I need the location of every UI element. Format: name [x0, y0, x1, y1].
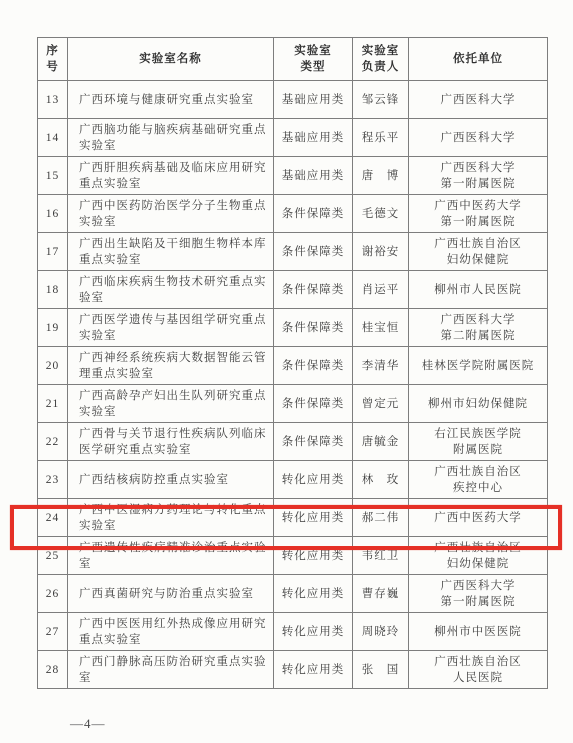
cell-unit: 广西中医药大学 第一附属医院 — [409, 195, 548, 233]
header-type: 实验室 类型 — [274, 38, 353, 81]
cell-no: 26 — [38, 575, 68, 613]
cell-type: 条件保障类 — [274, 309, 353, 347]
cell-head: 郝二伟 — [353, 499, 409, 537]
cell-name: 广西遗传性疾病精准诊治重点实验室 — [68, 537, 274, 575]
cell-head: 曾定元 — [353, 385, 409, 423]
cell-unit: 广西壮族自治区 妇幼保健院 — [409, 233, 548, 271]
table-row: 17广西出生缺陷及干细胞生物样本库重点实验室条件保障类谢裕安广西壮族自治区 妇幼… — [38, 233, 548, 271]
cell-head: 谢裕安 — [353, 233, 409, 271]
cell-unit: 广西壮族自治区 妇幼保健院 — [409, 537, 548, 575]
cell-unit: 广西医科大学 — [409, 119, 548, 157]
cell-name: 广西骨与关节退行性疾病队列临床医学研究重点实验室 — [68, 423, 274, 461]
cell-head: 毛德文 — [353, 195, 409, 233]
table-row: 25广西遗传性疾病精准诊治重点实验室转化应用类韦红卫广西壮族自治区 妇幼保健院 — [38, 537, 548, 575]
table-header-row: 序号 实验室名称 实验室 类型 实验室 负责人 依托单位 — [38, 38, 548, 81]
cell-unit: 广西壮族自治区 人民医院 — [409, 651, 548, 689]
table-row: 27广西中医医用红外热成像应用研究重点实验室转化应用类周晓玲柳州市中医医院 — [38, 613, 548, 651]
page-number: —4— — [70, 716, 106, 732]
document-page: 序号 实验室名称 实验室 类型 实验室 负责人 依托单位 13广西环境与健康研究… — [0, 0, 573, 743]
cell-name: 广西真菌研究与防治重点实验室 — [68, 575, 274, 613]
cell-type: 条件保障类 — [274, 271, 353, 309]
cell-unit: 柳州市人民医院 — [409, 271, 548, 309]
cell-unit: 广西壮族自治区 疾控中心 — [409, 461, 548, 499]
cell-no: 21 — [38, 385, 68, 423]
cell-head: 林 玫 — [353, 461, 409, 499]
table-row: 21广西高龄孕产妇出生队列研究重点实验室条件保障类曾定元柳州市妇幼保健院 — [38, 385, 548, 423]
cell-head: 邹云锋 — [353, 81, 409, 119]
cell-head: 韦红卫 — [353, 537, 409, 575]
cell-type: 条件保障类 — [274, 195, 353, 233]
cell-no: 14 — [38, 119, 68, 157]
cell-no: 17 — [38, 233, 68, 271]
cell-unit: 柳州市妇幼保健院 — [409, 385, 548, 423]
cell-head: 唐毓金 — [353, 423, 409, 461]
header-name: 实验室名称 — [68, 38, 274, 81]
table-row: 18广西临床疾病生物技术研究重点实验室条件保障类肖运平柳州市人民医院 — [38, 271, 548, 309]
cell-name: 广西出生缺陷及干细胞生物样本库重点实验室 — [68, 233, 274, 271]
table-row: 20广西神经系统疾病大数据智能云管理重点实验室条件保障类李清华桂林医学院附属医院 — [38, 347, 548, 385]
cell-name: 广西高龄孕产妇出生队列研究重点实验室 — [68, 385, 274, 423]
cell-no: 25 — [38, 537, 68, 575]
table-row: 14广西脑功能与脑疾病基础研究重点实验室基础应用类程乐平广西医科大学 — [38, 119, 548, 157]
cell-name: 广西中医湿病方药理论与转化重点实验室 — [68, 499, 274, 537]
cell-unit: 广西医科大学 第一附属医院 — [409, 157, 548, 195]
cell-unit: 广西医科大学 — [409, 81, 548, 119]
cell-no: 13 — [38, 81, 68, 119]
cell-unit: 桂林医学院附属医院 — [409, 347, 548, 385]
header-head: 实验室 负责人 — [353, 38, 409, 81]
cell-type: 条件保障类 — [274, 423, 353, 461]
cell-type: 转化应用类 — [274, 575, 353, 613]
cell-no: 18 — [38, 271, 68, 309]
cell-name: 广西中医药防治医学分子生物重点实验室 — [68, 195, 274, 233]
cell-no: 27 — [38, 613, 68, 651]
table-body: 13广西环境与健康研究重点实验室基础应用类邹云锋广西医科大学14广西脑功能与脑疾… — [38, 81, 548, 689]
cell-head: 周晓玲 — [353, 613, 409, 651]
cell-name: 广西临床疾病生物技术研究重点实验室 — [68, 271, 274, 309]
cell-name: 广西医学遗传与基因组学研究重点实验室 — [68, 309, 274, 347]
cell-no: 15 — [38, 157, 68, 195]
cell-name: 广西中医医用红外热成像应用研究重点实验室 — [68, 613, 274, 651]
cell-unit: 广西医科大学 第二附属医院 — [409, 309, 548, 347]
cell-head: 张 国 — [353, 651, 409, 689]
cell-unit: 柳州市中医医院 — [409, 613, 548, 651]
cell-head: 肖运平 — [353, 271, 409, 309]
header-no: 序号 — [38, 38, 68, 81]
cell-no: 16 — [38, 195, 68, 233]
cell-type: 转化应用类 — [274, 613, 353, 651]
cell-type: 基础应用类 — [274, 119, 353, 157]
cell-type: 转化应用类 — [274, 499, 353, 537]
cell-name: 广西脑功能与脑疾病基础研究重点实验室 — [68, 119, 274, 157]
cell-head: 唐 博 — [353, 157, 409, 195]
cell-type: 转化应用类 — [274, 651, 353, 689]
cell-no: 22 — [38, 423, 68, 461]
cell-head: 李清华 — [353, 347, 409, 385]
cell-type: 基础应用类 — [274, 157, 353, 195]
cell-name: 广西结核病防控重点实验室 — [68, 461, 274, 499]
table-row: 23广西结核病防控重点实验室转化应用类林 玫广西壮族自治区 疾控中心 — [38, 461, 548, 499]
table-row: 28广西门静脉高压防治研究重点实验室转化应用类张 国广西壮族自治区 人民医院 — [38, 651, 548, 689]
cell-type: 转化应用类 — [274, 537, 353, 575]
table-row: 15广西肝胆疾病基础及临床应用研究重点实验室基础应用类唐 博广西医科大学 第一附… — [38, 157, 548, 195]
table-row: 19广西医学遗传与基因组学研究重点实验室条件保障类桂宝恒广西医科大学 第二附属医… — [38, 309, 548, 347]
cell-no: 28 — [38, 651, 68, 689]
table-row: 22广西骨与关节退行性疾病队列临床医学研究重点实验室条件保障类唐毓金右江民族医学… — [38, 423, 548, 461]
cell-name: 广西肝胆疾病基础及临床应用研究重点实验室 — [68, 157, 274, 195]
cell-unit: 广西中医药大学 — [409, 499, 548, 537]
cell-type: 条件保障类 — [274, 233, 353, 271]
table-row: 24广西中医湿病方药理论与转化重点实验室转化应用类郝二伟广西中医药大学 — [38, 499, 548, 537]
table-row: 13广西环境与健康研究重点实验室基础应用类邹云锋广西医科大学 — [38, 81, 548, 119]
cell-type: 转化应用类 — [274, 461, 353, 499]
cell-type: 基础应用类 — [274, 81, 353, 119]
header-unit: 依托单位 — [409, 38, 548, 81]
cell-name: 广西神经系统疾病大数据智能云管理重点实验室 — [68, 347, 274, 385]
cell-head: 曹存巍 — [353, 575, 409, 613]
labs-table: 序号 实验室名称 实验室 类型 实验室 负责人 依托单位 13广西环境与健康研究… — [37, 37, 548, 689]
cell-unit: 右江民族医学院 附属医院 — [409, 423, 548, 461]
table-row: 16广西中医药防治医学分子生物重点实验室条件保障类毛德文广西中医药大学 第一附属… — [38, 195, 548, 233]
cell-head: 桂宝恒 — [353, 309, 409, 347]
cell-head: 程乐平 — [353, 119, 409, 157]
cell-no: 19 — [38, 309, 68, 347]
table-row: 26广西真菌研究与防治重点实验室转化应用类曹存巍广西医科大学 第一附属医院 — [38, 575, 548, 613]
cell-name: 广西门静脉高压防治研究重点实验室 — [68, 651, 274, 689]
cell-type: 条件保障类 — [274, 385, 353, 423]
cell-no: 23 — [38, 461, 68, 499]
cell-unit: 广西医科大学 第一附属医院 — [409, 575, 548, 613]
cell-no: 20 — [38, 347, 68, 385]
cell-no: 24 — [38, 499, 68, 537]
cell-type: 条件保障类 — [274, 347, 353, 385]
cell-name: 广西环境与健康研究重点实验室 — [68, 81, 274, 119]
